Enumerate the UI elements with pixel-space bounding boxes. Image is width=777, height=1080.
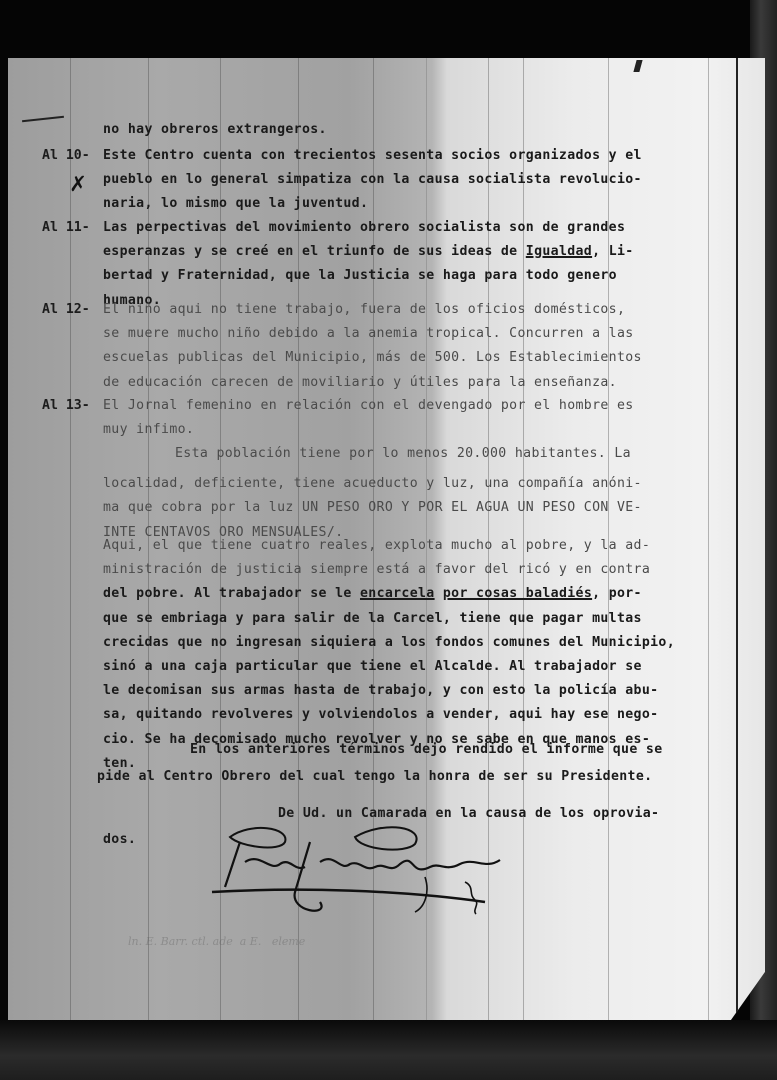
- text-line: escuelas publicas del Municipio, más de …: [103, 350, 642, 365]
- text-line: ministración de justicia siempre está a …: [103, 562, 650, 577]
- underlined-phrase: encarcela: [360, 586, 435, 601]
- margin-dash: [22, 116, 64, 122]
- text-line: de educación carecen de moviliario y úti…: [103, 375, 617, 390]
- check-mark-icon: ✗: [70, 168, 86, 198]
- text-line: El Jornal femenino en relación con el de…: [103, 398, 634, 413]
- text-line: crecidas que no ingresan siquiera a los …: [103, 635, 675, 650]
- section-label: Al 10-: [42, 148, 90, 163]
- text-line: muy infimo.: [103, 422, 194, 437]
- section-label: Al 11-: [42, 220, 90, 235]
- text-line: pide al Centro Obrero del cual tengo la …: [97, 769, 652, 784]
- page-fold-line: [736, 58, 738, 1020]
- underlined-phrase: Igualdad: [526, 244, 592, 259]
- signature: [200, 822, 510, 932]
- bleed-through-text: ln. E. Barr. ctl. ade a E. eleme: [128, 935, 305, 948]
- text-line: Aqui, el que tiene cuatro reales, explot…: [103, 538, 650, 553]
- text-line: De Ud. un Camarada en la causa de los op…: [278, 806, 659, 821]
- section-label: Al 12-: [42, 302, 90, 317]
- text-line: El niño aqui no tiene trabajo, fuera de …: [103, 302, 625, 317]
- text-line: localidad, deficiente, tiene acueducto y…: [103, 476, 642, 491]
- text-line: naria, lo mismo que la juventud.: [103, 196, 368, 211]
- text-line: no hay obreros extrangeros.: [103, 122, 327, 137]
- text-line: sinó a una caja particular que tiene el …: [103, 659, 642, 674]
- text-line: bertad y Fraternidad, que la Justicia se…: [103, 268, 617, 283]
- text-line: esperanzas y se creé en el triunfo de su…: [103, 244, 634, 259]
- text-line: que se embriaga y para salir de la Carce…: [103, 611, 642, 626]
- section-label: Al 13-: [42, 398, 90, 413]
- text-line: ma que cobra por la luz UN PESO ORO Y PO…: [103, 500, 642, 515]
- film-notch: [633, 60, 642, 72]
- text-line: sa, quitando revolveres y volviendolos a…: [103, 707, 658, 722]
- text-line: pueblo en lo general simpatiza con la ca…: [103, 172, 642, 187]
- film-edge-bottom: [0, 1020, 777, 1080]
- text-line: En los anteriores términos dejo rendido …: [190, 742, 663, 757]
- underlined-phrase: por cosas baladiés: [443, 586, 592, 601]
- text-line: Esta población tiene por lo menos 20.000…: [175, 446, 631, 461]
- text-line: se muere mucho niño debido a la anemia t…: [103, 326, 634, 341]
- text-line: del pobre. Al trabajador se le encarcela…: [103, 586, 642, 601]
- text-line: dos.: [103, 832, 136, 847]
- text-line: Este Centro cuenta con trecientos sesent…: [103, 148, 642, 163]
- text-line: Las perpectivas del movimiento obrero so…: [103, 220, 625, 235]
- text-line: le decomisan sus armas hasta de trabajo,…: [103, 683, 658, 698]
